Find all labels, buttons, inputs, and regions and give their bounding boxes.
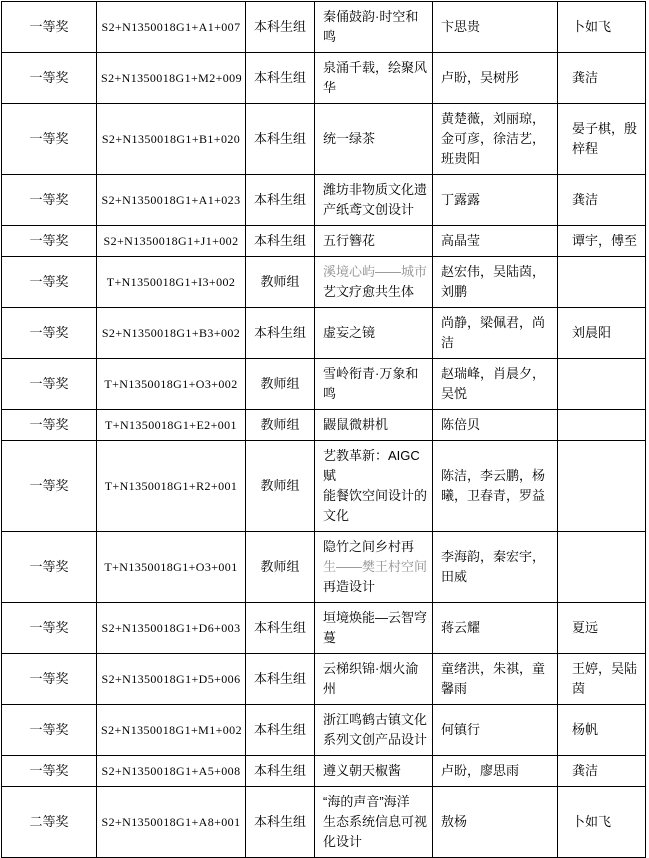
work-title-cell: “海的声音”海洋生态系统信息可视化设计 (315, 787, 433, 858)
advisors-cell: 龚洁 (558, 756, 646, 787)
work-title-cell: 五行簪花 (315, 226, 433, 257)
work-title-line: 艺教革新：AIGC赋 (323, 446, 430, 486)
work-title-line: 文化 (323, 506, 430, 526)
award-level-cell: 一等奖 (2, 175, 97, 226)
work-title-line: 鼹鼠微耕机 (323, 415, 430, 435)
entry-code-cell: S2+N1350018G1+A8+001 (97, 787, 246, 858)
work-title-line: 雪岭衔青·万象和 (323, 364, 430, 384)
advisors-cell: 王婷，吴陆茵 (558, 654, 646, 705)
table-row: 二等奖S2+N1350018G1+A8+001本科生组“海的声音”海洋生态系统信… (2, 787, 646, 858)
award-level-cell: 一等奖 (2, 359, 97, 410)
document-page: 一等奖S2+N1350018G1+A1+007本科生组秦俑鼓韵·时空和鸣卞思贵卜… (0, 0, 649, 858)
group-category-cell: 教师组 (246, 359, 315, 410)
work-title-line: 化设计 (323, 832, 430, 852)
work-title-cell: 浙江鸣鹤古镇文化系列文创产品设计 (315, 705, 433, 756)
award-level-cell: 一等奖 (2, 2, 97, 53)
award-level-cell: 一等奖 (2, 226, 97, 257)
entry-code-cell: T+N1350018G1+R2+001 (97, 441, 246, 532)
entry-code-cell: T+N1350018G1+I3+002 (97, 257, 246, 308)
authors-cell: 卢盼，吴树彤 (433, 53, 558, 104)
advisors-cell (558, 441, 646, 532)
award-level-cell: 一等奖 (2, 441, 97, 532)
group-category-cell: 教师组 (246, 257, 315, 308)
work-title-line: 统一绿茶 (323, 129, 430, 149)
advisors-cell (558, 359, 646, 410)
entry-code-cell: S2+N1350018G1+A1+007 (97, 2, 246, 53)
award-level-cell: 一等奖 (2, 756, 97, 787)
work-title-cell: 潍坊非物质文化遗产纸鸢文创设计 (315, 175, 433, 226)
award-level-cell: 一等奖 (2, 532, 97, 603)
work-title-line: 生——樊王村空间 (323, 557, 430, 577)
advisors-cell: 龚洁 (558, 53, 646, 104)
work-title-line: 隐竹之间乡村再 (323, 537, 430, 557)
entry-code-cell: S2+N1350018G1+B1+020 (97, 104, 246, 175)
work-title-cell: 秦俑鼓韵·时空和鸣 (315, 2, 433, 53)
advisors-cell (558, 410, 646, 441)
work-title-cell: 雪岭衔青·万象和鸣 (315, 359, 433, 410)
authors-cell: 李海韵，秦宏宇，田威 (433, 532, 558, 603)
authors-cell: 丁露露 (433, 175, 558, 226)
authors-cell: 尚静，梁佩君，尚洁 (433, 308, 558, 359)
work-title-line: 泉涌千载，绘聚风 (323, 58, 430, 78)
authors-cell: 陈洁，李云鹏，杨曦，卫春青，罗益 (433, 441, 558, 532)
entry-code-cell: S2+N1350018G1+M2+009 (97, 53, 246, 104)
group-category-cell: 本科生组 (246, 175, 315, 226)
group-category-cell: 本科生组 (246, 226, 315, 257)
work-title-line: 鸣 (323, 27, 430, 47)
advisors-cell: 卜如飞 (558, 787, 646, 858)
entry-code-cell: T+N1350018G1+E2+001 (97, 410, 246, 441)
authors-cell: 黄楚薇，刘丽琼，金可彦，徐洁艺，班贵阳 (433, 104, 558, 175)
work-title-line: 遵义朝天椒酱 (323, 761, 430, 781)
work-title-line: 潍坊非物质文化遗 (323, 180, 430, 200)
authors-cell: 蒋云耀 (433, 603, 558, 654)
advisors-cell (558, 257, 646, 308)
entry-code-cell: S2+N1350018G1+D5+006 (97, 654, 246, 705)
award-level-cell: 一等奖 (2, 257, 97, 308)
award-level-cell: 一等奖 (2, 53, 97, 104)
group-category-cell: 本科生组 (246, 53, 315, 104)
award-level-cell: 一等奖 (2, 654, 97, 705)
table-row: 一等奖S2+N1350018G1+J1+002本科生组五行簪花高晶莹谭宇，傅至 (2, 226, 646, 257)
work-title-cell: 泉涌千载，绘聚风华 (315, 53, 433, 104)
advisors-cell: 夏远 (558, 603, 646, 654)
awards-table: 一等奖S2+N1350018G1+A1+007本科生组秦俑鼓韵·时空和鸣卞思贵卜… (1, 1, 646, 858)
table-row: 一等奖S2+N1350018G1+B3+002本科生组虚妄之镜尚静，梁佩君，尚洁… (2, 308, 646, 359)
work-title-cell: 鼹鼠微耕机 (315, 410, 433, 441)
work-title-cell: 隐竹之间乡村再生——樊王村空间再造设计 (315, 532, 433, 603)
work-title-line: “海的声音”海洋 (323, 792, 430, 812)
group-category-cell: 教师组 (246, 441, 315, 532)
group-category-cell: 本科生组 (246, 787, 315, 858)
entry-code-cell: S2+N1350018G1+M1+002 (97, 705, 246, 756)
table-row: 一等奖T+N1350018G1+O3+002教师组雪岭衔青·万象和鸣赵瑞峰，肖晨… (2, 359, 646, 410)
entry-code-cell: T+N1350018G1+O3+002 (97, 359, 246, 410)
advisors-cell: 晏子棋，殷梓程 (558, 104, 646, 175)
work-title-cell: 云梯织锦·烟火渝州 (315, 654, 433, 705)
award-level-cell: 一等奖 (2, 603, 97, 654)
work-title-line: 秦俑鼓韵·时空和 (323, 7, 430, 27)
authors-cell: 敖杨 (433, 787, 558, 858)
work-title-line: 云梯织锦·烟火渝 (323, 659, 430, 679)
advisors-cell: 杨帆 (558, 705, 646, 756)
table-row: 一等奖S2+N1350018G1+M2+009本科生组泉涌千载，绘聚风华卢盼，吴… (2, 53, 646, 104)
awards-table-body: 一等奖S2+N1350018G1+A1+007本科生组秦俑鼓韵·时空和鸣卞思贵卜… (2, 2, 646, 858)
table-row: 一等奖S2+N1350018G1+M1+002本科生组浙江鸣鹤古镇文化系列文创产… (2, 705, 646, 756)
entry-code-cell: S2+N1350018G1+D6+003 (97, 603, 246, 654)
work-title-line: 浙江鸣鹤古镇文化 (323, 710, 430, 730)
authors-cell: 何镇行 (433, 705, 558, 756)
advisors-cell (558, 532, 646, 603)
authors-cell: 卞思贵 (433, 2, 558, 53)
advisors-cell: 卜如飞 (558, 2, 646, 53)
work-title-line: 再造设计 (323, 577, 430, 597)
entry-code-cell: S2+N1350018G1+A1+023 (97, 175, 246, 226)
work-title-cell: 艺教革新：AIGC赋能餐饮空间设计的文化 (315, 441, 433, 532)
award-level-cell: 一等奖 (2, 410, 97, 441)
table-row: 一等奖S2+N1350018G1+A1+023本科生组潍坊非物质文化遗产纸鸢文创… (2, 175, 646, 226)
work-title-cell: 遵义朝天椒酱 (315, 756, 433, 787)
award-level-cell: 一等奖 (2, 104, 97, 175)
work-title-cell: 溪境心屿——城市艺文疗愈共生体 (315, 257, 433, 308)
work-title-line: 溪境心屿——城市 (323, 262, 430, 282)
authors-cell: 童绪洪，朱祺，童馨雨 (433, 654, 558, 705)
work-title-line: 五行簪花 (323, 231, 430, 251)
group-category-cell: 本科生组 (246, 654, 315, 705)
work-title-line: 系列文创产品设计 (323, 730, 430, 750)
group-category-cell: 本科生组 (246, 104, 315, 175)
authors-cell: 卢盼，廖思雨 (433, 756, 558, 787)
award-level-cell: 一等奖 (2, 705, 97, 756)
advisors-cell: 刘晨阳 (558, 308, 646, 359)
table-row: 一等奖T+N1350018G1+I3+002教师组溪境心屿——城市艺文疗愈共生体… (2, 257, 646, 308)
entry-code-cell: S2+N1350018G1+A5+008 (97, 756, 246, 787)
work-title-line: 能餐饮空间设计的 (323, 486, 430, 506)
authors-cell: 高晶莹 (433, 226, 558, 257)
authors-cell: 赵宏伟，吴陆茵，刘鹏 (433, 257, 558, 308)
entry-code-cell: S2+N1350018G1+J1+002 (97, 226, 246, 257)
work-title-line: 虚妄之镜 (323, 323, 430, 343)
work-title-line: 华 (323, 78, 430, 98)
group-category-cell: 教师组 (246, 532, 315, 603)
table-row: 一等奖S2+N1350018G1+A5+008本科生组遵义朝天椒酱卢盼，廖思雨龚… (2, 756, 646, 787)
table-row: 一等奖S2+N1350018G1+D5+006本科生组云梯织锦·烟火渝州童绪洪，… (2, 654, 646, 705)
award-level-cell: 二等奖 (2, 787, 97, 858)
authors-cell: 陈倍贝 (433, 410, 558, 441)
work-title-cell: 统一绿茶 (315, 104, 433, 175)
work-title-cell: 虚妄之镜 (315, 308, 433, 359)
table-row: 一等奖S2+N1350018G1+B1+020本科生组统一绿茶黄楚薇，刘丽琼，金… (2, 104, 646, 175)
advisors-cell: 谭宇，傅至 (558, 226, 646, 257)
entry-code-cell: S2+N1350018G1+B3+002 (97, 308, 246, 359)
entry-code-cell: T+N1350018G1+O3+001 (97, 532, 246, 603)
table-row: 一等奖S2+N1350018G1+A1+007本科生组秦俑鼓韵·时空和鸣卞思贵卜… (2, 2, 646, 53)
table-row: 一等奖T+N1350018G1+O3+001教师组隐竹之间乡村再生——樊王村空间… (2, 532, 646, 603)
group-category-cell: 本科生组 (246, 756, 315, 787)
group-category-cell: 本科生组 (246, 603, 315, 654)
authors-cell: 赵瑞峰，肖晨夕，吴悦 (433, 359, 558, 410)
work-title-line: 州 (323, 679, 430, 699)
table-row: 一等奖S2+N1350018G1+D6+003本科生组垣境焕能—云智穹蔓蒋云耀夏… (2, 603, 646, 654)
work-title-cell: 垣境焕能—云智穹蔓 (315, 603, 433, 654)
group-category-cell: 本科生组 (246, 705, 315, 756)
group-category-cell: 教师组 (246, 410, 315, 441)
work-title-line: 艺文疗愈共生体 (323, 282, 430, 302)
table-row: 一等奖T+N1350018G1+E2+001教师组鼹鼠微耕机陈倍贝 (2, 410, 646, 441)
work-title-line: 蔓 (323, 628, 430, 648)
advisors-cell: 龚洁 (558, 175, 646, 226)
table-row: 一等奖T+N1350018G1+R2+001教师组艺教革新：AIGC赋能餐饮空间… (2, 441, 646, 532)
group-category-cell: 本科生组 (246, 2, 315, 53)
group-category-cell: 本科生组 (246, 308, 315, 359)
award-level-cell: 一等奖 (2, 308, 97, 359)
work-title-line: 生态系统信息可视 (323, 812, 430, 832)
work-title-line: 鸣 (323, 384, 430, 404)
work-title-line: 产纸鸢文创设计 (323, 200, 430, 220)
work-title-line: 垣境焕能—云智穹 (323, 608, 430, 628)
